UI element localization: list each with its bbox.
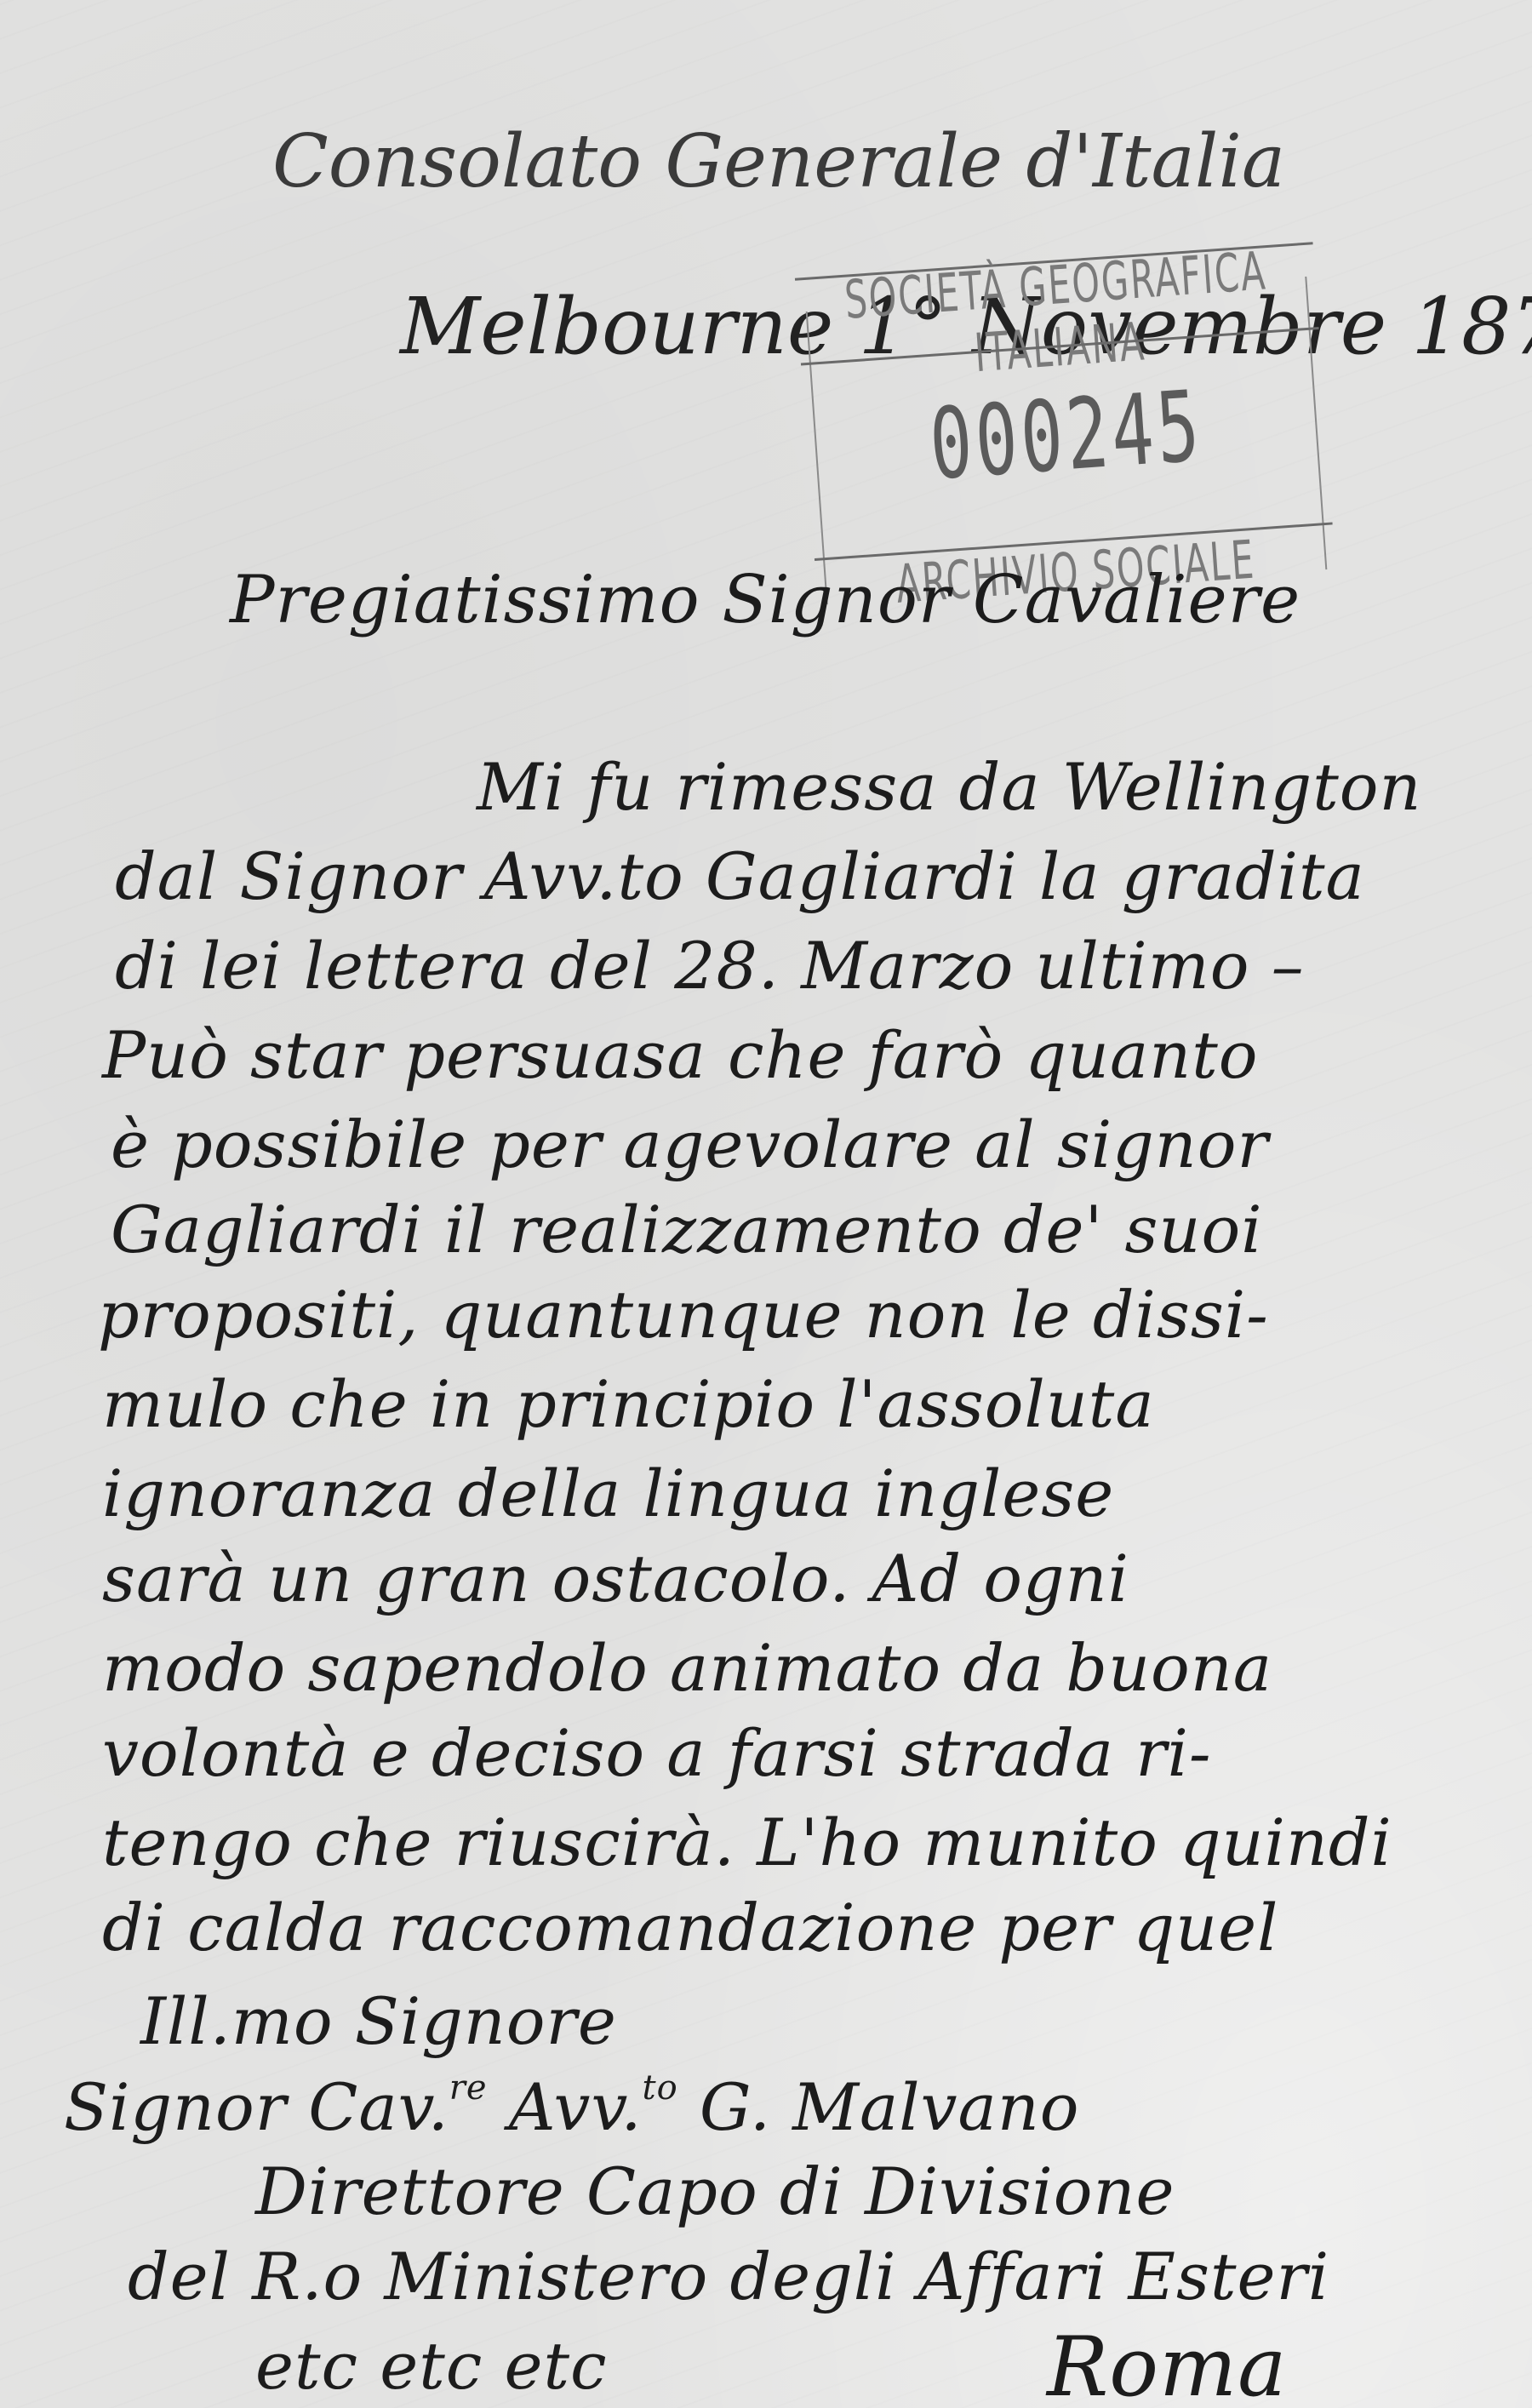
recipient-avv: Avv. [488, 2069, 643, 2145]
body-line: di calda raccomandazione per quel [102, 1890, 1278, 1965]
body-line: di lei lettera del 28. Marzo ultimo – [115, 928, 1305, 1004]
salutation: Pregiatissimo Signor Cavaliere [230, 562, 1300, 638]
address-ministry: del R.o Ministero degli Affari Esteri [128, 2239, 1329, 2314]
place: Melbourne [400, 281, 833, 372]
body-line: propositi, quantunque non le dissi- [98, 1277, 1269, 1353]
body-line: sarà un gran ostacolo. Ad ogni [102, 1541, 1129, 1616]
body-line: ignoranza della lingua inglese [102, 1456, 1114, 1531]
body-line: Mi fu rimessa da Wellington [477, 749, 1421, 825]
address-city: Roma [1047, 2319, 1287, 2408]
body-line: volontà e deciso a farsi strada ri- [102, 1715, 1212, 1791]
letter-page: Consolato Generale d'Italia Melbourne 1°… [0, 0, 1532, 2408]
address-recipient: Signor Cav.re Avv.to G. Malvano [64, 2068, 1080, 2145]
recipient-prefix: Signor Cav. [64, 2069, 449, 2145]
body-line: Può star persuasa che farò quanto [102, 1017, 1259, 1093]
body-line: Gagliardi il realizzamento de' suoi [111, 1192, 1263, 1267]
body-line: modo sapendolo animato da buona [102, 1630, 1272, 1706]
body-line: è possibile per agevolare al signor [111, 1107, 1269, 1182]
address-honorific: Ill.mo Signore [140, 1983, 617, 2059]
archive-stamp: SOCIETÀ GEOGRAFICA ITALIANA 000245 ARCHI… [806, 277, 1328, 604]
recipient-name: G. Malvano [678, 2069, 1080, 2145]
body-line: dal Signor Avv.to Gagliardi la gradita [115, 838, 1365, 914]
address-etc: etc etc etc [255, 2328, 608, 2404]
body-line: mulo che in principio l'assoluta [102, 1366, 1155, 1442]
body-line: tengo che riuscirà. L'ho munito quindi [102, 1805, 1392, 1880]
address-title: Direttore Capo di Divisione [255, 2153, 1175, 2229]
letterhead-title: Consolato Generale d'Italia [272, 119, 1285, 204]
recipient-sup-re: re [449, 2068, 488, 2108]
recipient-sup-to: to [643, 2068, 678, 2108]
